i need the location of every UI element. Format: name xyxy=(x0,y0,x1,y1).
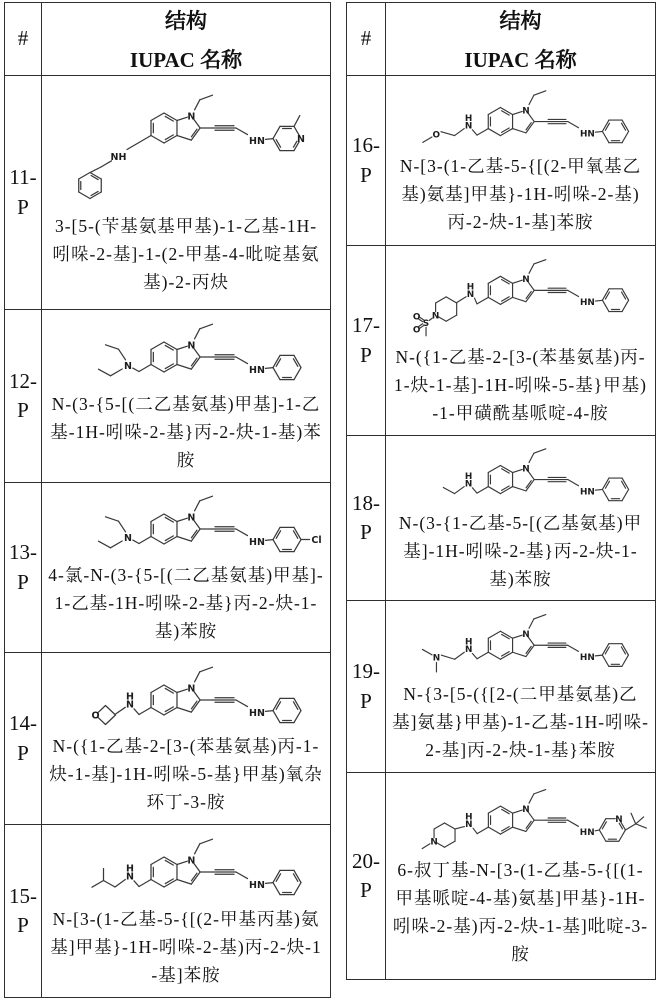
atom-label: N xyxy=(124,533,132,544)
structure-cell: NHNN xyxy=(46,315,326,385)
row-id-line: 14- xyxy=(9,709,37,738)
row-id-line: P xyxy=(360,341,372,370)
iupac-header-label: IUPAC 名称 xyxy=(130,44,242,74)
iupac-name: N-({1-乙基-2-[3-(苯基氨基)丙-1-炔-1-基]-1H-吲哚-5-基… xyxy=(44,732,328,819)
atom-label: N xyxy=(431,311,438,321)
row-content: NHNNN-(3-{5-[(二乙基氨基)甲基]-1-乙基-1H-吲哚-2-基}丙… xyxy=(42,310,330,482)
row-id-line: P xyxy=(17,739,29,768)
row-id-line: 15- xyxy=(9,882,37,911)
atom-label: N xyxy=(522,630,529,640)
structure-cell: NHNNHN xyxy=(46,86,326,204)
row-id-line: 16- xyxy=(352,131,380,160)
row-content: NHNHNN-(3-{1-乙基-5-[(乙基氨基)甲基]-1H-吲哚-2-基}丙… xyxy=(386,436,655,600)
structure-drawing: NHNHN xyxy=(46,830,326,900)
atom-label: O xyxy=(91,710,99,721)
atom-label: N xyxy=(187,683,195,694)
structure-drawing: NHNHNO xyxy=(46,658,326,728)
iupac-name: N-({1-乙基-2-[3-(苯基氨基)丙-1-炔-1-基]-1H-吲哚-5-基… xyxy=(388,343,653,430)
row-id-line: P xyxy=(360,687,372,716)
row-content: NHNHNON-[3-(1-乙基-5-{[(2-甲氧基乙基)氨基]甲基}-1H-… xyxy=(386,76,655,245)
row-id-line: 12- xyxy=(9,367,37,396)
atom-label: N xyxy=(465,820,472,830)
atom-label: N xyxy=(615,814,622,824)
atom-label: N xyxy=(126,872,134,883)
iupac-name: N-{3-[5-({[2-(二甲基氨基)乙基]氨基}甲基)-1-乙基-1H-吲哚… xyxy=(388,680,653,767)
row-id: 13-P xyxy=(5,483,42,652)
structure-header-label: 结构 xyxy=(500,5,542,35)
row-id: 15-P xyxy=(5,825,42,997)
row-id-line: P xyxy=(17,911,29,940)
structure-cell: NHNHNO xyxy=(390,82,652,148)
row-id-line: P xyxy=(17,568,29,597)
structure-drawing: NHNHNO xyxy=(390,82,652,148)
row-id: 11-P xyxy=(5,76,42,309)
atom-label: HN xyxy=(249,708,265,719)
structure-header-label: 结构 xyxy=(165,5,207,35)
row-id: 12-P xyxy=(5,310,42,482)
column-header-structure: 结构IUPAC 名称 xyxy=(386,3,655,75)
compound-table-left: #结构IUPAC 名称11-PNHNNHN3-[5-(苄基氨基甲基)-1-乙基-… xyxy=(4,2,331,998)
atom-label: HN xyxy=(579,653,594,663)
iupac-header-label: IUPAC 名称 xyxy=(464,44,576,74)
atom-label: N xyxy=(522,464,529,474)
table-row: 17-PNHNHNNSOON-({1-乙基-2-[3-(苯基氨基)丙-1-炔-1… xyxy=(347,245,655,435)
structure-cell: NHNNCl xyxy=(46,487,326,557)
row-content: NHNHNNN-{3-[5-({[2-(二甲基氨基)乙基]氨基}甲基)-1-乙基… xyxy=(386,601,655,772)
table-row: 19-PNHNHNNN-{3-[5-({[2-(二甲基氨基)乙基]氨基}甲基)-… xyxy=(347,600,655,772)
table-row: 12-PNHNNN-(3-{5-[(二乙基氨基)甲基]-1-乙基-1H-吲哚-2… xyxy=(5,309,330,482)
structure-cell: NHNHNN xyxy=(390,606,652,677)
structure-drawing: NHNNCl xyxy=(46,487,326,557)
row-content: NHNHNN-[3-(1-乙基-5-{[(2-甲基丙基)氨基]甲基}-1H-吲哚… xyxy=(42,825,330,997)
row-content: NHNHNNN6-叔丁基-N-[3-(1-乙基-5-{[(1-甲基哌啶-4-基)… xyxy=(386,773,655,979)
table-row: 18-PNHNHNN-(3-{1-乙基-5-[(乙基氨基)甲基]-1H-吲哚-2… xyxy=(347,435,655,600)
structure-cell: NHNHN xyxy=(390,440,652,506)
row-id: 19-P xyxy=(347,601,386,772)
structure-cell: NHNHN xyxy=(46,830,326,900)
atom-label: HN xyxy=(249,136,265,147)
atom-label: N xyxy=(187,856,195,867)
compound-table-right: #结构IUPAC 名称16-PNHNHNON-[3-(1-乙基-5-{[(2-甲… xyxy=(346,2,656,980)
column-header-structure: 结构IUPAC 名称 xyxy=(42,3,330,75)
row-id-line: 20- xyxy=(352,847,380,876)
row-id-line: P xyxy=(17,193,29,222)
table-row: 13-PNHNNCl4-氯-N-(3-{5-[(二乙基氨基)甲基]-1-乙基-1… xyxy=(5,482,330,652)
row-content: NHNNCl4-氯-N-(3-{5-[(二乙基氨基)甲基]-1-乙基-1H-吲哚… xyxy=(42,483,330,652)
atom-label: N xyxy=(430,837,437,847)
structure-cell: NHNHNNSOO xyxy=(390,251,652,340)
atom-label: NH xyxy=(111,152,127,163)
page: #结构IUPAC 名称11-PNHNNHN3-[5-(苄基氨基甲基)-1-乙基-… xyxy=(0,0,662,1000)
header-row: #结构IUPAC 名称 xyxy=(5,3,330,75)
row-id-line: P xyxy=(360,161,372,190)
structure-cell: NHNHNO xyxy=(46,658,326,728)
atom-label: N xyxy=(464,121,471,131)
iupac-name: 4-氯-N-(3-{5-[(二乙基氨基)甲基]-1-乙基-1H-吲哚-2-基}丙… xyxy=(44,561,328,648)
row-id-line: 19- xyxy=(352,657,380,686)
atom-label: HN xyxy=(249,365,265,376)
structure-drawing: NHNN xyxy=(46,315,326,385)
row-id-line: 18- xyxy=(352,489,380,518)
row-id: 14-P xyxy=(5,653,42,824)
atom-label: HN xyxy=(580,298,595,308)
table-row: 16-PNHNHNON-[3-(1-乙基-5-{[(2-甲氧基乙基)氨基]甲基}… xyxy=(347,75,655,245)
row-content: NHNHNNSOON-({1-乙基-2-[3-(苯基氨基)丙-1-炔-1-基]-… xyxy=(386,246,655,435)
row-id: 17-P xyxy=(347,246,386,435)
structure-cell: NHNHNNN xyxy=(390,781,652,850)
atom-label: N xyxy=(126,699,134,710)
iupac-name: N-(3-{1-乙基-5-[(乙基氨基)甲基]-1H-吲哚-2-基}丙-2-炔-… xyxy=(388,509,653,596)
row-content: NHNHNON-({1-乙基-2-[3-(苯基氨基)丙-1-炔-1-基]-1H-… xyxy=(42,653,330,824)
atom-label: N xyxy=(464,645,471,655)
atom-label: O xyxy=(412,325,420,335)
row-id-line: P xyxy=(17,396,29,425)
atom-label: N xyxy=(187,513,195,524)
structure-drawing: NHNHNN xyxy=(390,606,652,677)
atom-label: HN xyxy=(249,537,265,548)
column-header-number: # xyxy=(347,3,386,75)
table-row: 14-PNHNHNON-({1-乙基-2-[3-(苯基氨基)丙-1-炔-1-基]… xyxy=(5,652,330,824)
structure-drawing: NHNHNNN xyxy=(390,781,652,850)
column-header-number: # xyxy=(5,3,42,75)
header-row: #结构IUPAC 名称 xyxy=(347,3,655,75)
structure-drawing: NHNHN xyxy=(390,440,652,506)
atom-label: N xyxy=(522,805,529,815)
atom-label: HN xyxy=(580,129,595,139)
row-id-line: 11- xyxy=(9,163,36,192)
atom-label: N xyxy=(297,134,305,145)
structure-drawing: NHNNHN xyxy=(46,86,326,204)
row-id-line: P xyxy=(360,876,372,905)
row-id-line: 17- xyxy=(352,311,380,340)
row-id-line: P xyxy=(360,518,372,547)
atom-label: HN xyxy=(579,828,594,838)
atom-label: N xyxy=(187,111,195,122)
atom-label: N xyxy=(466,289,473,299)
atom-label: N xyxy=(464,479,471,489)
atom-label: N xyxy=(187,341,195,352)
atom-label: N xyxy=(522,275,529,285)
row-id: 20-P xyxy=(347,773,386,979)
row-id-line: 13- xyxy=(9,538,37,567)
iupac-name: N-(3-{5-[(二乙基氨基)甲基]-1-乙基-1H-吲哚-2-基}丙-2-炔… xyxy=(44,390,328,477)
iupac-name: 3-[5-(苄基氨基甲基)-1-乙基-1H-吲哚-2-基]-1-(2-甲基-4-… xyxy=(44,212,328,299)
number-header-label: # xyxy=(18,24,29,53)
atom-label: HN xyxy=(249,880,265,891)
table-row: 15-PNHNHNN-[3-(1-乙基-5-{[(2-甲基丙基)氨基]甲基}-1… xyxy=(5,824,330,997)
row-id: 18-P xyxy=(347,436,386,600)
table-row: 11-PNHNNHN3-[5-(苄基氨基甲基)-1-乙基-1H-吲哚-2-基]-… xyxy=(5,75,330,309)
atom-label: Cl xyxy=(311,535,321,546)
atom-label: HN xyxy=(580,487,595,497)
atom-label: O xyxy=(432,130,440,140)
iupac-name: 6-叔丁基-N-[3-(1-乙基-5-{[(1-甲基哌啶-4-基)氨基]甲基}-… xyxy=(388,856,653,971)
structure-drawing: NHNHNNSOO xyxy=(390,251,652,340)
table-row: 20-PNHNHNNN6-叔丁基-N-[3-(1-乙基-5-{[(1-甲基哌啶-… xyxy=(347,772,655,979)
row-content: NHNNHN3-[5-(苄基氨基甲基)-1-乙基-1H-吲哚-2-基]-1-(2… xyxy=(42,76,330,309)
iupac-name: N-[3-(1-乙基-5-{[(2-甲基丙基)氨基]甲基}-1H-吲哚-2-基)… xyxy=(44,905,328,992)
iupac-name: N-[3-(1-乙基-5-{[(2-甲氧基乙基)氨基]甲基}-1H-吲哚-2-基… xyxy=(388,152,653,239)
atom-label: N xyxy=(522,106,529,116)
number-header-label: # xyxy=(361,24,372,53)
row-id: 16-P xyxy=(347,76,386,245)
atom-label: N xyxy=(124,361,132,372)
